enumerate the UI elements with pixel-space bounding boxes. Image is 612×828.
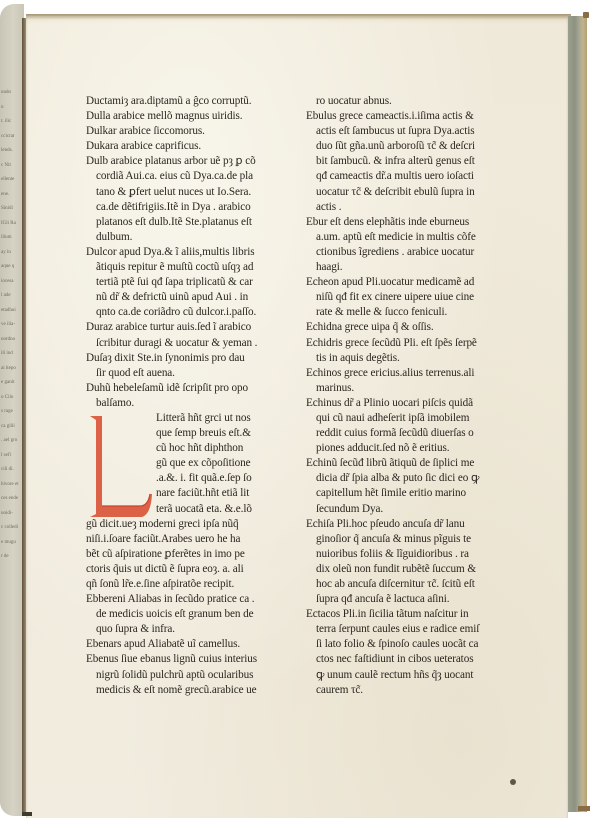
entry-headword-line: Ebenars apud Aliabatẽ uĩ camellus. <box>86 637 296 652</box>
initial-full-line: bẽt cũ aſpiratione ꝑferẽtes in imo pe <box>86 547 296 562</box>
entry-line: uocatur τc̃ & deſcribit ebulũ ſupra in <box>306 185 506 200</box>
previous-page-fragment: r de <box>1 550 23 565</box>
previous-page-fragment: uoidi- <box>1 507 23 522</box>
right-column: ro uocatur abnus.Ebulus grece cameactis.… <box>306 94 506 698</box>
previous-page-fragment: ellente <box>1 173 23 188</box>
previous-page-fragment: ay in <box>1 246 23 261</box>
entry-headword-line: Echiſa Pli.hoc pſeudo ancuſa dr̃ lanu <box>306 517 506 532</box>
previous-page-edge: undont. ilicccicratlends.c Nitellenteene… <box>0 4 24 816</box>
previous-page-fragment: c colledi <box>1 521 23 536</box>
entry-line: rate & melle & ſucco feniculi. <box>306 305 506 320</box>
initial-full-line: gũ dicit.ueȝ moderni greci ipſa nũq̃ <box>86 517 296 532</box>
entry-line: ginoſior q̃ ancuſa & minus pĩguis te <box>306 532 506 547</box>
previous-page-fragment: undo <box>1 86 23 101</box>
previous-page-fragment: l ade <box>1 289 23 304</box>
entry-line: ro uocatur abnus. <box>306 94 506 109</box>
entry-headword-line: Echinus dr̃ a Plinio uocari piſcis quidã <box>306 396 506 411</box>
entry-line: capitellum hẽt ſimile eritio marino <box>306 486 506 501</box>
previous-page-fragment: e mugu <box>1 536 23 551</box>
gutter-foot <box>22 812 32 816</box>
glossary-entry: Ebenus ſiue ebanus lignũ cuius interiusn… <box>86 652 296 697</box>
entry-line: ca.de dẽtifrigiis.Itẽ in Dya . arabico <box>86 200 296 215</box>
previous-page-fragment: s rage <box>1 405 23 420</box>
left-column: Ductamiȝ ara.diptamũ a ĝco corruptũ.Dull… <box>86 94 296 698</box>
glossary-entry: Echiſa Pli.hoc pſeudo ancuſa dr̃ lanugin… <box>306 517 506 608</box>
left-column-entries: Ductamiȝ ara.diptamũ a ĝco corruptũ.Dull… <box>86 94 296 411</box>
initial-full-line: ctoris q̃uis ut dictũ ẽ ſupra eoȝ. a. al… <box>86 562 296 577</box>
entry-headword-line: Dulcor apud Dya.& ĩ aliis,multis libris <box>86 245 296 260</box>
entry-line: tertiã ptẽ ſui qđ ſapa triplicatũ & car <box>86 275 296 290</box>
previous-page-fragment: ilium <box>1 231 23 246</box>
previous-page-fragment: cili di. <box>1 463 23 478</box>
entry-line: terra ſerpunt caules eius e radice emiſ <box>306 622 506 637</box>
previous-page-fragment: aque q <box>1 260 23 275</box>
entry-headword-line: Ebbereni Aliabas in ſecũdo pratice ca . <box>86 592 296 607</box>
entry-headword-line: Duſaȝ dixit Ste.in ſynonimis pro dau <box>86 351 296 366</box>
glossary-entry: Duhũ hebeleſamũ idẽ ſcripſit pro opobalſ… <box>86 381 296 411</box>
glossary-entry: Echeon apud Pli.uocatur medicamẽ adniſũ … <box>306 275 506 320</box>
entry-line: ſcribitur duragi & uocatur & yeman . <box>86 336 296 351</box>
glossary-entry: Echidna grece uipa q̃ & oſſis. <box>306 320 506 335</box>
entry-line: bit ſambucũ. & infra alterũ genus eſt <box>306 154 506 169</box>
entry-line: ſi lato folio & ſpinoſo caules uocãt ca <box>306 637 506 652</box>
entry-line: dicia dr̃ ſpia alba & puto ſic dici eo ꝙ <box>306 471 506 486</box>
glossary-entry: Ebenars apud Aliabatẽ uĩ camellus. <box>86 637 296 652</box>
entry-line: duo ſũt gña.unũ arboroſũ τc̃ & deſcri <box>306 139 506 154</box>
entry-headword-line: Echeon apud Pli.uocatur medicamẽ ad <box>306 275 506 290</box>
entry-line: reddit cuius formã ſecũdũ diuerſas o <box>306 426 506 441</box>
entry-line: ſir quod eſt auena. <box>86 366 296 381</box>
entry-line: caurem τc̃. <box>306 683 506 698</box>
entry-line: qđ cameactis dr̃.a multis uero ioſacti <box>306 169 506 184</box>
entry-line: a.um. aptũ eſt medicie in multis cõfe <box>306 230 506 245</box>
entry-headword-line: Echidna grece uipa q̃ & oſſis. <box>306 320 506 335</box>
glossary-entry: Duraz arabice turtur auis.ſed ĩ arabicoſ… <box>86 320 296 350</box>
entry-line: ſupra qđ ancuſa ẽ lactuca aſini. <box>306 592 506 607</box>
previous-page-fragment: ai itepo <box>1 362 23 377</box>
entry-headword-line: Echidris grece ſecũdũ Pli. eſt ſpẽs ſerp… <box>306 336 506 351</box>
entry-line: qnto ca.de coriãdro cũ dulcor.i.paſſo. <box>86 305 296 320</box>
entry-headword-line: Dulb arabice platanus arbor uẽ pȝ ꝑ cõ <box>86 154 296 169</box>
previous-page-fragment: nordno <box>1 333 23 348</box>
entry-line: tis in aquis degẽtis. <box>306 351 506 366</box>
entry-line: de medicis uoicis eſt granum ben de <box>86 607 296 622</box>
entry-line: platanos eſt dulb.Itẽ Ste.platanus eſt <box>86 215 296 230</box>
glossary-entry: Echinos grece ericius.alius terrenus.ali… <box>306 366 506 396</box>
entry-headword-line: Ectacos Pli.in ſicilia tãtum naſcitur in <box>306 607 506 622</box>
entry-line: balſamo. <box>86 396 296 411</box>
left-column-entries-after: Ebbereni Aliabas in ſecũdo pratice ca .d… <box>86 592 296 698</box>
glossary-entry: Dulkar arabice ſiccomorus. <box>86 124 296 139</box>
entry-line: dix oleũ non fundit rubẽtẽ ſuccum & <box>306 562 506 577</box>
entry-line: ſecundum Dya. <box>306 502 506 517</box>
previous-page-fragment: c Nit <box>1 159 23 174</box>
glossary-entry: Ebulus grece cameactis.i.iſima actis &ac… <box>306 109 506 215</box>
glossary-entry: Dulcor apud Dya.& ĩ aliis,multis librisã… <box>86 245 296 320</box>
initial-full-line: niſi.i.ſoare faciũt.Arabes uero he ha <box>86 532 296 547</box>
right-column-entries: ro uocatur abnus.Ebulus grece cameactis.… <box>306 94 506 698</box>
previous-page-fragment: iocesa <box>1 275 23 290</box>
entry-headword-line: Dulkar arabice ſiccomorus. <box>86 124 296 139</box>
previous-page-fragment: ene. <box>1 188 23 203</box>
entry-line: marinus. <box>306 381 506 396</box>
entry-line: tano & ꝑfert uelut nuces ut Io.Sera. <box>86 185 296 200</box>
previous-page-fragment: ve ilia- <box>1 318 23 333</box>
entry-line: nũ dr̃ & defrictũ uinũ apud Aui . in <box>86 290 296 305</box>
entry-line: piones adducit.ſed nõ ẽ eritius. <box>306 441 506 456</box>
entry-line: ãtiquis repitur ẽ muſtũ coctũ uſqȝ ad <box>86 260 296 275</box>
previous-page-fragment: Sinidi <box>1 202 23 217</box>
entry-line: ꝙ unum caulẽ rectum hñs q̃ȝ uocant <box>306 668 506 683</box>
entry-headword-line: Duhũ hebeleſamũ idẽ ſcripſit pro opo <box>86 381 296 396</box>
glossary-entry: Ductamiȝ ara.diptamũ a ĝco corruptũ. <box>86 94 296 109</box>
entry-line: nuioribus foliis & lĩguidioribus . ra <box>306 547 506 562</box>
entry-line: medicis & eſt nomẽ grecũ.arabice ue <box>86 683 296 698</box>
entry-headword-line: Ebur eſt dens elephãtis inde eburneus <box>306 215 506 230</box>
entry-line: quo ſupra & infra. <box>86 622 296 637</box>
entry-headword-line: Ebulus grece cameactis.i.iſima actis & <box>306 109 506 124</box>
previous-page-fragment: o Cilo <box>1 391 23 406</box>
entry-line: cordiã Aui.ca. eius cũ Dya.ca.de pla <box>86 169 296 184</box>
previous-page-fragment: ili ind <box>1 347 23 362</box>
glossary-entry: Dukara arabice caprificus. <box>86 139 296 154</box>
glossary-entry: ro uocatur abnus. <box>306 94 506 109</box>
previous-page-fragment: n <box>1 101 23 116</box>
previous-page-fragment: e ganit <box>1 376 23 391</box>
binding-foot <box>578 806 590 811</box>
glossary-entry: Ectacos Pli.in ſicilia tãtum naſcitur in… <box>306 607 506 698</box>
entry-headword-line: Dulla arabice mellõ magnus uiridis. <box>86 109 296 124</box>
entry-line: haagi. <box>306 260 506 275</box>
glossary-entry: Echinus dr̃ a Plinio uocari piſcis quidã… <box>306 396 506 456</box>
previous-page-fragment: ca glili <box>1 420 23 435</box>
binding-corner <box>583 12 589 18</box>
book-photograph: undont. ilicccicratlends.c Nitellenteene… <box>0 0 612 828</box>
entry-headword-line: Ductamiȝ ara.diptamũ a ĝco corruptũ. <box>86 94 296 109</box>
entry-line: dulbum. <box>86 230 296 245</box>
rubricated-initial-L <box>86 414 152 518</box>
entry-line: qui cũ naui adheſerit ipſã imobilem <box>306 411 506 426</box>
entry-line: actis eſt ſambucus ut ſupra Dya.actis <box>306 124 506 139</box>
glossary-entry: Ebur eſt dens elephãtis inde eburneusa.u… <box>306 215 506 275</box>
previous-page-fragment: . ael gro <box>1 434 23 449</box>
previous-page-fragment: t. ilic <box>1 115 23 130</box>
glossary-entry: Duſaȝ dixit Ste.in ſynonimis pro dauſir … <box>86 351 296 381</box>
entry-line: actis . <box>306 200 506 215</box>
entry-line: nigrũ ſolidũ pulchrũ aptũ ocularibus <box>86 668 296 683</box>
entry-line: ctos nec faſtidiunt in cibos ueteratos <box>306 652 506 667</box>
glossary-entry: Echinũ ſecũđ librũ ãtiquũ de ſiplici med… <box>306 456 506 516</box>
entry-headword-line: Dukara arabice caprificus. <box>86 139 296 154</box>
fore-edge-page-stack <box>568 16 587 812</box>
glossary-entry: Ebbereni Aliabas in ſecũdo pratice ca .d… <box>86 592 296 637</box>
previous-page-fragment: l sel'i <box>1 449 23 464</box>
previous-page-fragment: IGli Ra <box>1 217 23 232</box>
previous-page-fragment: etadhui <box>1 304 23 319</box>
entry-headword-line: Echinũ ſecũđ librũ ãtiquũ de ſiplici me <box>306 456 506 471</box>
entry-line: ctionibus ĩgrediens . arabice uocatur <box>306 245 506 260</box>
previous-page-fragment: ccicrat <box>1 130 23 145</box>
paper-spot <box>510 779 516 785</box>
entry-line: niſũ qđ fit ex cinere uipere uiue cine <box>306 290 506 305</box>
glossary-entry: Echidris grece ſecũdũ Pli. eſt ſpẽs ſerp… <box>306 336 506 366</box>
entry-headword-line: Echinos grece ericius.alius terrenus.ali <box>306 366 506 381</box>
glossary-entry: Dulla arabice mellõ magnus uiridis. <box>86 109 296 124</box>
previous-page-fragment: hivore et <box>1 478 23 493</box>
previous-page-fragment: lends. <box>1 144 23 159</box>
previous-page-fragment: ces ende <box>1 492 23 507</box>
entry-headword-line: Ebenus ſiue ebanus lignũ cuius interius <box>86 652 296 667</box>
previous-page-margin-text: undont. ilicccicratlends.c Nitellenteene… <box>1 86 23 565</box>
initial-full-line: qñ ſonũ lr̃e.e.ſine aſpiratõe recipit. <box>86 577 296 592</box>
glossary-entry: Dulb arabice platanus arbor uẽ pȝ ꝑ cõco… <box>86 154 296 245</box>
entry-line: hoc ab ancuſa diſcernitur τc̃. ſcitũ eſt <box>306 577 506 592</box>
entry-headword-line: Duraz arabice turtur auis.ſed ĩ arabico <box>86 320 296 335</box>
initial-section: Litterã hñt grci ut nosque ſemp breuis e… <box>86 411 296 592</box>
